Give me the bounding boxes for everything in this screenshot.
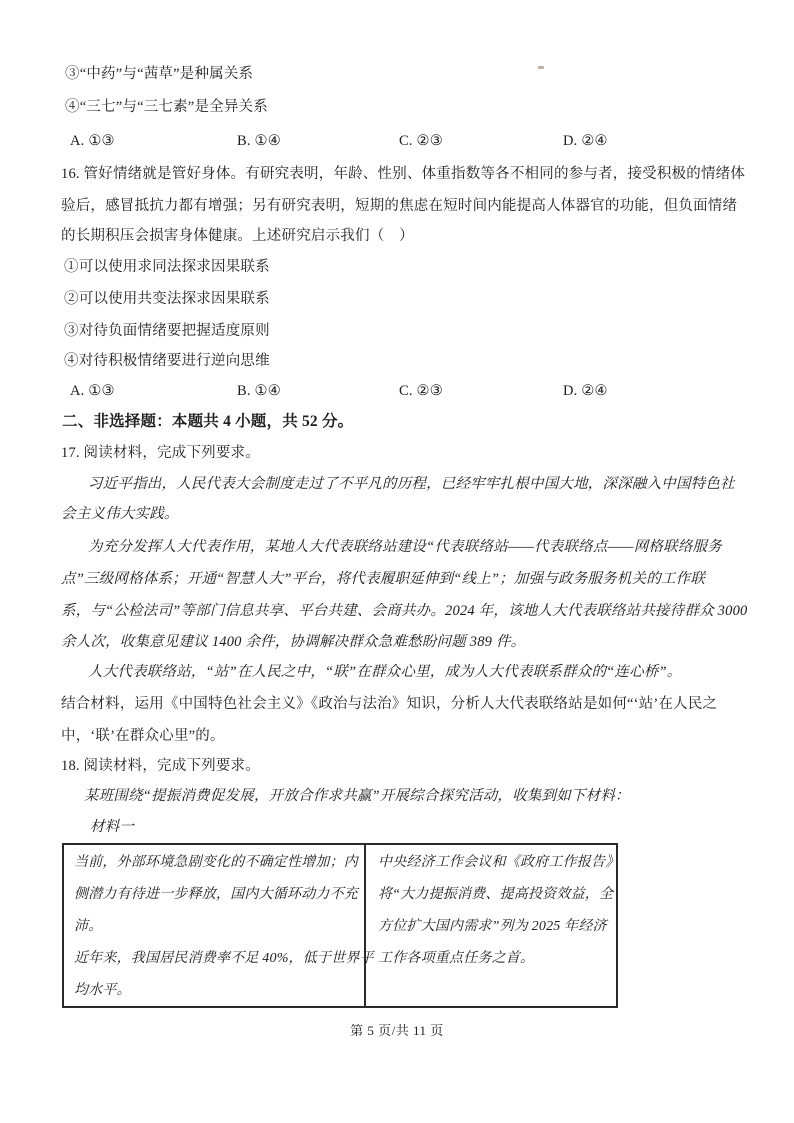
q18-title: 18. 阅读材料，完成下列要求。 <box>61 757 260 775</box>
q15-choice-c: C. ②③ <box>399 133 443 150</box>
q16-stem-line-2: 验后，感冒抵抗力都有增强；另有研究表明，短期的焦虑在短时间内能提高人体器官的功能… <box>61 197 737 215</box>
q16-choice-c: C. ②③ <box>399 383 443 400</box>
q17-question-line-2: 中，‘联’在群众心里”的。 <box>61 727 225 745</box>
material-1-table: 当前，外部环境急剧变化的不确定性增加；内 侧潜力有待进一步释放，国内大循环动力不… <box>62 843 618 1008</box>
table-left-line-5: 均水平。 <box>74 975 358 1007</box>
q17-title: 17. 阅读材料，完成下列要求。 <box>61 444 260 462</box>
q16-stem-line-3: 的长期积压会损害身体健康。上述研究启示我们（ ） <box>61 227 414 245</box>
q18-material-1-label: 材料一 <box>90 818 134 836</box>
q17-para1-line-1: 习近平指出，人民代表大会制度走过了不平凡的历程，已经牢牢扎根中国大地，深深融入中… <box>88 475 735 493</box>
q16-option-4-line: ④对待积极情绪要进行逆向思维 <box>64 352 270 370</box>
exam-page: ③“中药”与“茜草”是种属关系 ④“三七”与“三七素”是全异关系 A. ①③ B… <box>0 0 794 1123</box>
q16-choice-b: B. ①④ <box>237 383 281 400</box>
table-right-line-2: 将“大力提振消费、提高投资效益，全 <box>378 879 616 911</box>
q16-choice-d: D. ②④ <box>563 383 608 400</box>
q15-choice-d: D. ②④ <box>563 133 608 150</box>
q17-para2-line-4: 余人次，收集意见建议 1400 余件，协调解决群众急难愁盼问题 389 件。 <box>61 633 525 651</box>
material-1-table-right-cell: 中央经济工作会议和《政府工作报告》 将“大力提振消费、提高投资效益，全 方位扩大… <box>364 845 616 1006</box>
q17-para2-line-1: 为充分发挥人大代表作用，某地人大代表联络站建设“代表联络站——代表联络点——网格… <box>88 538 722 556</box>
q16-choice-a: A. ①③ <box>70 383 115 400</box>
q16-option-1-line: ①可以使用求同法探求因果联系 <box>64 258 270 276</box>
table-left-line-1: 当前，外部环境急剧变化的不确定性增加；内 <box>74 847 358 879</box>
material-1-table-left-cell: 当前，外部环境急剧变化的不确定性增加；内 侧潜力有待进一步释放，国内大循环动力不… <box>64 845 364 1006</box>
q15-option-4-line: ④“三七”与“三七素”是全异关系 <box>65 98 268 116</box>
table-right-line-1: 中央经济工作会议和《政府工作报告》 <box>378 847 616 879</box>
q16-stem-line-1: 16. 管好情绪就是管好身体。有研究表明，年龄、性别、体重指数等各不相同的参与者… <box>61 165 745 183</box>
table-left-line-3: 沛。 <box>74 911 358 943</box>
q17-question-line-1: 结合材料，运用《中国特色社会主义》《政治与法治》知识，分析人大代表联络站是如何“… <box>61 695 717 713</box>
q17-para2-line-2: 点”三级网格体系；开通“智慧人大”平台，将代表履职延伸到“线上”；加强与政务服务… <box>61 570 705 588</box>
table-right-line-3: 方位扩大国内需求”列为 2025 年经济 <box>378 911 616 943</box>
table-right-line-4: 工作各项重点任务之首。 <box>378 943 616 975</box>
section2-header: 二、非选择题：本题共 4 小题，共 52 分。 <box>62 413 353 431</box>
q16-option-3-line: ③对待负面情绪要把握适度原则 <box>64 322 270 340</box>
q17-para3-line-1: 人大代表联络站，“站”在人民之中，“联”在群众心里，成为人大代表联系群众的“连心… <box>88 663 681 681</box>
q18-intro-line: 某班围绕“提振消费促发展，开放合作求共赢”开展综合探究活动，收集到如下材料： <box>84 787 630 805</box>
smudge-artifact <box>538 66 544 69</box>
table-left-line-4: 近年来，我国居民消费率不足 40%，低于世界平 <box>74 943 358 975</box>
q17-para1-line-2: 会主义伟大实践。 <box>61 505 179 523</box>
q17-para2-line-3: 系，与“公检法司”等部门信息共享、平台共建、会商共办。2024 年，该地人大代表… <box>61 602 747 620</box>
q15-choice-b: B. ①④ <box>237 133 281 150</box>
q15-choice-a: A. ①③ <box>70 133 115 150</box>
q16-option-2-line: ②可以使用共变法探求因果联系 <box>64 290 270 308</box>
page-number: 第 5 页/共 11 页 <box>0 1020 794 1039</box>
table-left-line-2: 侧潜力有待进一步释放，国内大循环动力不充 <box>74 879 358 911</box>
q15-option-3-line: ③“中药”与“茜草”是种属关系 <box>65 65 253 83</box>
q16-choices-row: A. ①③ B. ①④ C. ②③ D. ②④ <box>0 383 794 401</box>
q15-choices-row: A. ①③ B. ①④ C. ②③ D. ②④ <box>0 133 794 151</box>
